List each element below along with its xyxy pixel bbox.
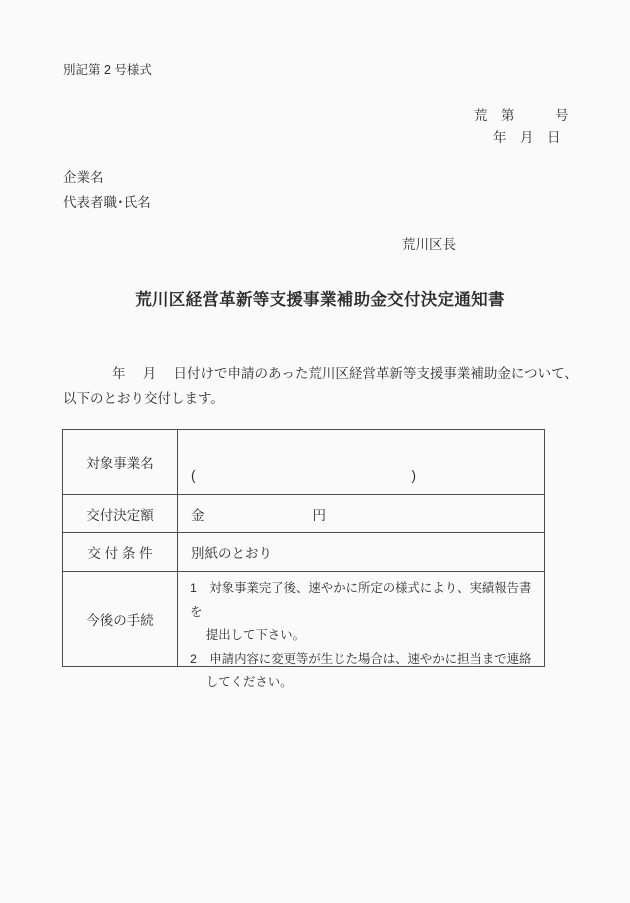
row-label-project-name: 対象事業名 <box>63 430 178 494</box>
document-page: 別記第 2 号様式 荒 第 号 年 月 日 企業名 代表者職･氏名 荒川区長 荒… <box>0 0 630 903</box>
row-content-future-procedure: 1 対象事業完了後、速やかに所定の様式により、実績報告書を 提出して下さい。 2… <box>178 572 544 666</box>
recipient-company: 企業名 <box>63 171 104 185</box>
row-content-project-name: ( ) <box>178 430 544 494</box>
row-content-grant-terms: 別紙のとおり <box>178 533 544 571</box>
body-paragraph-line2: 以下のとおり交付します。 <box>63 392 224 406</box>
table-row-grant-terms: 交 付 条 件 別紙のとおり <box>63 532 544 571</box>
body-paragraph-line1: 年 月 日付けで申請のあった荒川区経営革新等支援事業補助金について、 <box>112 367 578 381</box>
procedure-line-3: 2 申請内容に変更等が生じた場合は、速やかに担当まで連絡 <box>190 648 536 672</box>
table-row-grant-amount: 交付決定額 金 円 <box>63 494 544 532</box>
row-label-future-procedure: 今後の手続 <box>63 572 178 666</box>
grant-details-table: 対象事業名 ( ) 交付決定額 金 円 交 付 条 件 別紙のとおり 今後の手続 <box>62 429 545 667</box>
grant-terms-value: 別紙のとおり <box>191 542 544 562</box>
project-name-paren-line: ( ) <box>191 464 544 484</box>
date-line: 年 月 日 <box>493 131 561 145</box>
document-title: 荒川区経営革新等支援事業補助金交付決定通知書 <box>10 292 630 309</box>
table-row-future-procedure: 今後の手続 1 対象事業完了後、速やかに所定の様式により、実績報告書を 提出して… <box>63 571 544 666</box>
row-label-grant-terms: 交 付 条 件 <box>63 533 178 571</box>
recipient-representative: 代表者職･氏名 <box>63 196 151 210</box>
table-row-project-name: 対象事業名 ( ) <box>63 430 544 494</box>
row-label-grant-amount: 交付決定額 <box>63 495 178 532</box>
doc-number-line: 荒 第 号 <box>474 109 569 123</box>
procedure-line-1: 1 対象事業完了後、速やかに所定の様式により、実績報告書を <box>190 577 536 624</box>
row-content-grant-amount: 金 円 <box>178 495 544 532</box>
procedure-line-2: 提出して下さい。 <box>190 624 536 648</box>
grant-amount-value: 金 円 <box>191 504 544 524</box>
form-code: 別記第 2 号様式 <box>63 64 152 77</box>
procedure-line-4: してください。 <box>190 671 536 695</box>
issuer-mayor: 荒川区長 <box>402 238 456 252</box>
